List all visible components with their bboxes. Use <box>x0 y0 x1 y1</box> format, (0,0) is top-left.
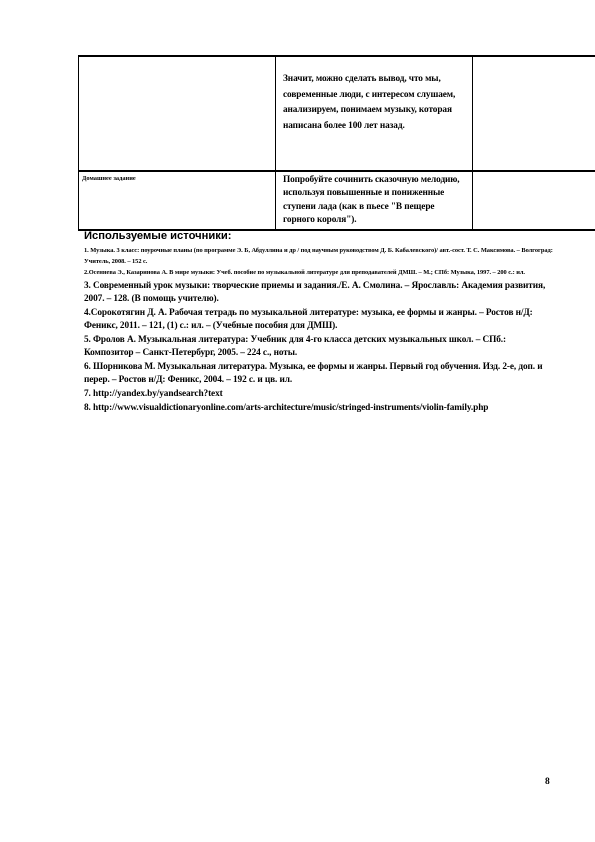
row-label <box>79 57 275 61</box>
table-row: Значит, можно сделать вывод, что мы, сов… <box>79 56 595 171</box>
table-cell-label: Домашнее задание <box>79 171 276 230</box>
lesson-table: Значит, можно сделать вывод, что мы, сов… <box>78 55 595 231</box>
source-item-2: 2.Осеннева Э., Казаринова А. В мире музы… <box>84 267 554 278</box>
table-cell-extra <box>473 171 595 230</box>
source-item-6: 6. Шорникова М. Музыкальная литература. … <box>84 361 554 387</box>
homework-text: Попробуйте сочинить сказочную мелодию, и… <box>276 172 472 227</box>
sources-section: Используемые источники: 1. Музыка. 3 кла… <box>84 229 554 415</box>
conclusion-text: Значит, можно сделать вывод, что мы, сов… <box>276 57 472 134</box>
table-cell-extra <box>473 56 595 171</box>
table-row: Домашнее задание Попробуйте сочинить ска… <box>79 171 595 230</box>
page-number: 8 <box>545 777 550 787</box>
source-item-1: 1. Музыка. 3 класс: поурочные планы (по … <box>84 245 554 267</box>
table-cell-content: Значит, можно сделать вывод, что мы, сов… <box>276 56 473 171</box>
table-cell-label <box>79 56 276 171</box>
source-item-3: 3. Современный урок музыки: творческие п… <box>84 280 554 306</box>
source-item-4: 4.Сорокотягин Д. А. Рабочая тетрадь по м… <box>84 307 554 333</box>
table-cell-content: Попробуйте сочинить сказочную мелодию, и… <box>276 171 473 230</box>
sources-title: Используемые источники: <box>84 229 554 243</box>
source-link-8[interactable]: 8. http://www.visualdictionaryonline.com… <box>84 402 554 415</box>
source-item-5: 5. Фролов А. Музыкальная литература: Уче… <box>84 334 554 360</box>
homework-label: Домашнее задание <box>79 172 275 185</box>
source-link-7[interactable]: 7. http://yandex.by/yandsearch?text <box>84 388 554 401</box>
